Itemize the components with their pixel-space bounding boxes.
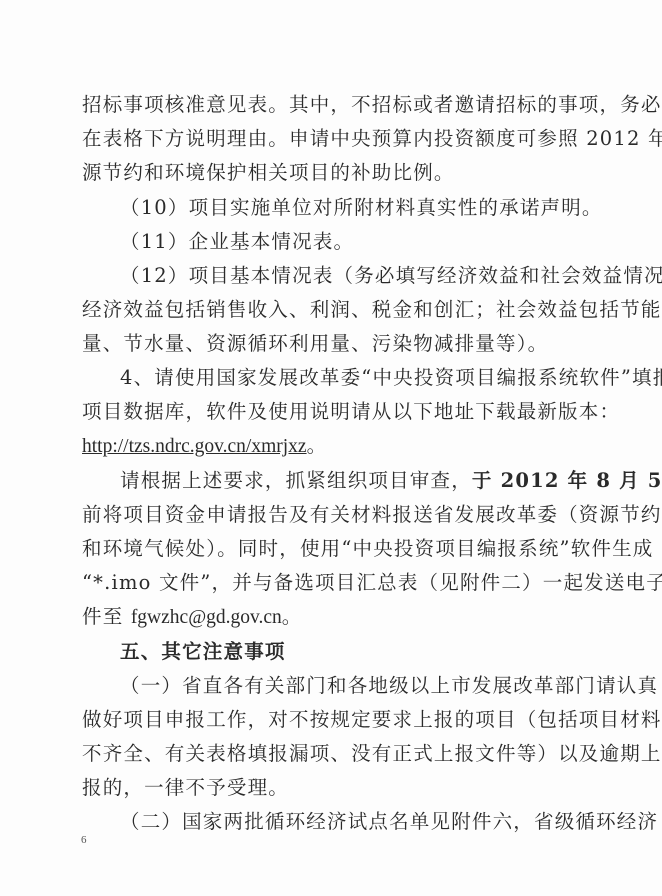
section-heading: 五、其它注意事项 bbox=[120, 640, 628, 664]
paragraph-line: 不齐全、有关表格填报漏项、没有正式上报文件等）以及逾期上 bbox=[82, 742, 590, 766]
paragraph-line: “*.imo 文件”，并与备选项目汇总表（见附件二）一起发送电子邮 bbox=[82, 571, 590, 595]
download-link-line: http://tzs.ndrc.gov.cn/xmrjxz。 bbox=[82, 434, 590, 459]
paragraph-line: 做好项目申报工作，对不按规定要求上报的项目（包括项目材料 bbox=[82, 708, 590, 732]
paragraph-line: 招标事项核准意见表。其中，不招标或者邀请招标的事项，务必 bbox=[82, 93, 590, 117]
paragraph-line: 经济效益包括销售收入、利润、税金和创汇；社会效益包括节能 bbox=[82, 298, 590, 322]
email-prefix: 件至 bbox=[82, 605, 131, 628]
item-4-line: 4、请使用国家发展改革委“中央投资项目编报系统软件”填报 bbox=[120, 366, 590, 390]
paragraph-line: 和环境气候处）。同时，使用“中央投资项目编报系统”软件生成 bbox=[82, 537, 590, 561]
deadline-date: 于 2012 年 8 月 5 日 bbox=[472, 469, 662, 492]
list-item-11: （11）企业基本情况表。 bbox=[120, 230, 590, 254]
paragraph-line: 量、节水量、资源循环利用量、污染物减排量等）。 bbox=[82, 332, 590, 356]
list-item-12: （12）项目基本情况表（务必填写经济效益和社会效益情况， bbox=[120, 264, 590, 288]
page-number: 6 bbox=[81, 834, 87, 846]
email-address[interactable]: fgwzhc@gd.gov.cn bbox=[131, 607, 282, 628]
paragraph-line: 项目数据库，软件及使用说明请从以下地址下载最新版本： bbox=[82, 400, 590, 424]
deadline-line: 请根据上述要求，抓紧组织项目审查，于 2012 年 8 月 5 日之 bbox=[120, 469, 590, 493]
paragraph-line: 在表格下方说明理由。申请中央预算内投资额度可参照 2012 年资 bbox=[82, 127, 590, 151]
paragraph-line: 报的，一律不予受理。 bbox=[82, 776, 590, 800]
paragraph-line: 源节约和环境保护相关项目的补助比例。 bbox=[82, 161, 590, 185]
list-item-10: （10）项目实施单位对所附材料真实性的承诺声明。 bbox=[120, 196, 590, 220]
email-line: 件至 fgwzhc@gd.gov.cn。 bbox=[82, 605, 590, 630]
paragraph-line: 前将项目资金申请报告及有关材料报送省发展改革委（资源节约 bbox=[82, 503, 590, 527]
sub-item-2: （二）国家两批循环经济试点名单见附件六，省级循环经济 bbox=[120, 810, 590, 834]
link-suffix: 。 bbox=[307, 434, 328, 457]
deadline-prefix: 请根据上述要求，抓紧组织项目审查， bbox=[120, 469, 472, 492]
email-suffix: 。 bbox=[282, 605, 303, 628]
sub-item-1: （一）省直各有关部门和各地级以上市发展改革部门请认真 bbox=[120, 674, 590, 698]
download-link[interactable]: http://tzs.ndrc.gov.cn/xmrjxz bbox=[82, 436, 307, 457]
document-page: 招标事项核准意见表。其中，不招标或者邀请招标的事项，务必 在表格下方说明理由。申… bbox=[0, 0, 662, 896]
